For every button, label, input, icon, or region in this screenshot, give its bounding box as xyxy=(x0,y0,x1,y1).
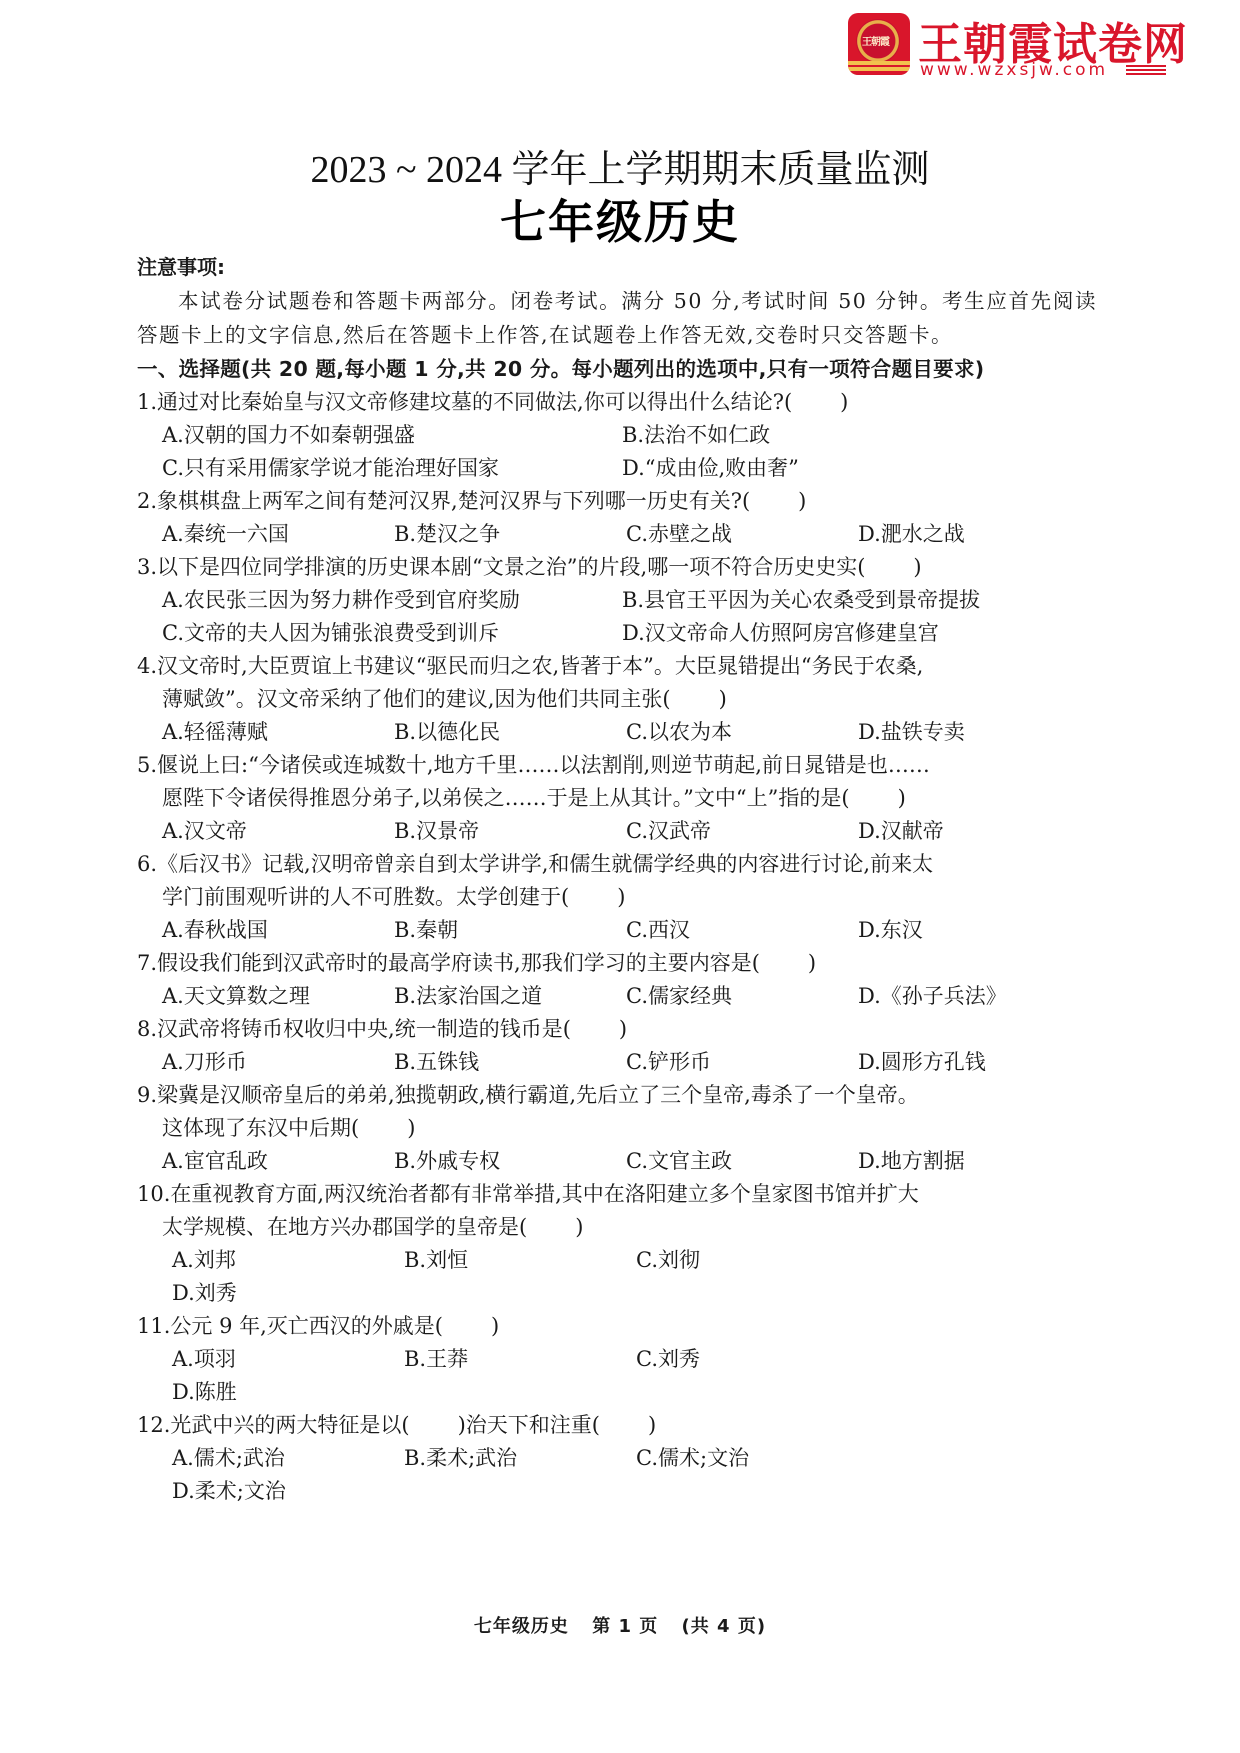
option-c: C.汉武帝 xyxy=(626,815,858,848)
question-4: 4.汉文帝时,大臣贾谊上书建议“驱民而归之农,皆著于本”。大臣晁错提出“务民于农… xyxy=(137,650,1097,749)
question-number: 9. xyxy=(137,1083,157,1107)
options-list: A.汉朝的国力不如秦朝强盛B.法治不如仁政C.只有采用儒家学说才能治理好国家D.… xyxy=(137,419,1097,485)
exam-content: 注意事项: 本试卷分试题卷和答题卡两部分。闭卷考试。满分 50 分,考试时间 5… xyxy=(137,250,1097,1508)
option-a: A.刘邦 xyxy=(172,1244,404,1277)
question-number: 12. xyxy=(137,1413,170,1437)
question-stem: 8.汉武帝将铸币权收归中央,统一制造的钱币是() xyxy=(137,1013,1097,1046)
option-b: B.法治不如仁政 xyxy=(622,419,1082,452)
question-paren-close: ) xyxy=(575,1215,583,1239)
options-list: A.轻徭薄赋B.以德化民C.以农为本D.盐铁专卖 xyxy=(137,716,1097,749)
section-heading: 一、选择题(共 20 题,每小题 1 分,共 20 分。每小题列出的选项中,只有… xyxy=(137,352,1097,386)
option-b: B.以德化民 xyxy=(394,716,626,749)
question-text: 以下是四位同学排演的历史课本剧“文景之治”的片段,哪一项不符合历史史实( xyxy=(157,555,865,579)
logo-seal-text: 王朝霞 xyxy=(862,33,889,48)
question-text-continued: 太学规模、在地方兴办郡国学的皇帝是() xyxy=(137,1211,1097,1244)
options-list: A.春秋战国B.秦朝C.西汉D.东汉 xyxy=(137,914,1097,947)
question-stem: 10.在重视教育方面,两汉统治者都有非常举措,其中在洛阳建立多个皇家图书馆并扩大… xyxy=(137,1178,1097,1244)
question-number: 5. xyxy=(137,753,157,777)
question-text-continued: 学门前围观听讲的人不可胜数。太学创建于() xyxy=(137,881,1097,914)
option-b: B.刘恒 xyxy=(404,1244,636,1277)
question-number: 3. xyxy=(137,555,157,579)
question-text: 光武中兴的两大特征是以( xyxy=(170,1413,409,1437)
option-c: C.刘彻 xyxy=(636,1244,868,1277)
question-text: 梁冀是汉顺帝皇后的弟弟,独揽朝政,横行霸道,先后立了三个皇帝,毒杀了一个皇帝。 xyxy=(157,1083,919,1107)
option-d: D.《孙子兵法》 xyxy=(858,980,1090,1013)
question-number: 11. xyxy=(137,1314,170,1338)
option-c: C.以农为本 xyxy=(626,716,858,749)
option-b: B.五铢钱 xyxy=(394,1046,626,1079)
option-b: B.秦朝 xyxy=(394,914,626,947)
option-d: D.陈胜 xyxy=(172,1376,404,1409)
question-paren-close: ) xyxy=(798,489,806,513)
question-text: 假设我们能到汉武帝时的最高学府读书,那我们学习的主要内容是( xyxy=(157,951,760,975)
option-c: C.文官主政 xyxy=(626,1145,858,1178)
option-b: B.法家治国之道 xyxy=(394,980,626,1013)
option-b: B.柔术;武治 xyxy=(404,1442,636,1475)
options-list: A.刘邦B.刘恒C.刘彻D.刘秀 xyxy=(137,1244,1097,1310)
option-d: D.东汉 xyxy=(858,914,1090,947)
option-a: A.春秋战国 xyxy=(162,914,394,947)
question-text: 《后汉书》记载,汉明帝曾亲自到太学讲学,和儒生就儒学经典的内容进行讨论,前来太 xyxy=(157,852,933,876)
option-c: C.儒家经典 xyxy=(626,980,858,1013)
question-text-line2: 这体现了东汉中后期( xyxy=(162,1116,359,1140)
question-text-continued: 这体现了东汉中后期() xyxy=(137,1112,1097,1145)
question-text: 汉文帝时,大臣贾谊上书建议“驱民而归之农,皆著于本”。大臣晁错提出“务民于农桑, xyxy=(157,654,923,678)
option-b: B.外戚专权 xyxy=(394,1145,626,1178)
question-number: 10. xyxy=(137,1182,170,1206)
question-6: 6.《后汉书》记载,汉明帝曾亲自到太学讲学,和儒生就儒学经典的内容进行讨论,前来… xyxy=(137,848,1097,947)
question-number: 1. xyxy=(137,390,157,414)
question-paren-close: ) xyxy=(898,786,906,810)
question-text-line2: 薄赋敛”。汉文帝采纳了他们的建议,因为他们共同主张( xyxy=(162,687,671,711)
option-d: D.圆形方孔钱 xyxy=(858,1046,1090,1079)
option-a: A.汉朝的国力不如秦朝强盛 xyxy=(162,419,622,452)
question-stem: 6.《后汉书》记载,汉明帝曾亲自到太学讲学,和儒生就儒学经典的内容进行讨论,前来… xyxy=(137,848,1097,914)
options-list: A.宦官乱政B.外戚专权C.文官主政D.地方割据 xyxy=(137,1145,1097,1178)
question-12: 12.光武中兴的两大特征是以()治天下和注重()A.儒术;武治B.柔术;武治C.… xyxy=(137,1409,1097,1508)
question-paren-close: ) xyxy=(808,951,816,975)
option-d: D.刘秀 xyxy=(172,1277,404,1310)
question-paren-close: ) xyxy=(619,1017,627,1041)
options-list: A.刀形币B.五铢钱C.铲形币D.圆形方孔钱 xyxy=(137,1046,1097,1079)
logo-waves-icon xyxy=(1126,65,1166,77)
question-paren-close: ) xyxy=(407,1116,415,1140)
footer-page: 第 1 页 xyxy=(592,1616,658,1637)
question-3: 3.以下是四位同学排演的历史课本剧“文景之治”的片段,哪一项不符合历史史实()A… xyxy=(137,551,1097,650)
option-d: D.汉文帝命人仿照阿房宫修建皇宫 xyxy=(622,617,1082,650)
question-number: 4. xyxy=(137,654,157,678)
exam-title: 2023 ~ 2024 学年上学期期末质量监测 xyxy=(0,138,1240,193)
option-a: A.项羽 xyxy=(172,1343,404,1376)
options-list: A.儒术;武治B.柔术;武治C.儒术;文治D.柔术;文治 xyxy=(137,1442,1097,1508)
question-text: 象棋棋盘上两军之间有楚河汉界,楚河汉界与下列哪一历史有关?( xyxy=(157,489,750,513)
option-d: D.“成由俭,败由奢” xyxy=(622,452,1082,485)
option-c: C.铲形币 xyxy=(626,1046,858,1079)
options-list: A.项羽B.王莽C.刘秀D.陈胜 xyxy=(137,1343,1097,1409)
footer-total: (共 4 页) xyxy=(682,1616,767,1637)
question-list: 1.通过对比秦始皇与汉文帝修建坟墓的不同做法,你可以得出什么结论?()A.汉朝的… xyxy=(137,386,1097,1508)
options-list: A.汉文帝B.汉景帝C.汉武帝D.汉献帝 xyxy=(137,815,1097,848)
option-c: C.文帝的夫人因为铺张浪费受到训斥 xyxy=(162,617,622,650)
option-b: B.汉景帝 xyxy=(394,815,626,848)
question-number: 7. xyxy=(137,951,157,975)
question-stem: 2.象棋棋盘上两军之间有楚河汉界,楚河汉界与下列哪一历史有关?() xyxy=(137,485,1097,518)
option-c: C.西汉 xyxy=(626,914,858,947)
question-paren-close: ) xyxy=(719,687,727,711)
question-text-continued: 愿陛下令诸侯得推恩分弟子,以弟侯之……于是上从其计。”文中“上”指的是() xyxy=(137,782,1097,815)
option-b: B.楚汉之争 xyxy=(394,518,626,551)
notice-text: 本试卷分试题卷和答题卡两部分。闭卷考试。满分 50 分,考试时间 50 分钟。考… xyxy=(137,284,1097,352)
question-stem: 3.以下是四位同学排演的历史课本剧“文景之治”的片段,哪一项不符合历史史实() xyxy=(137,551,1097,584)
option-a: A.汉文帝 xyxy=(162,815,394,848)
question-text: 在重视教育方面,两汉统治者都有非常举措,其中在洛阳建立多个皇家图书馆并扩大 xyxy=(170,1182,918,1206)
question-text-line2: 愿陛下令诸侯得推恩分弟子,以弟侯之……于是上从其计。”文中“上”指的是( xyxy=(162,786,850,810)
option-c: C.只有采用儒家学说才能治理好国家 xyxy=(162,452,622,485)
logo-url: www.wzxsjw.com xyxy=(920,60,1108,80)
question-paren-close: ) xyxy=(617,885,625,909)
question-text: 汉武帝将铸币权收归中央,统一制造的钱币是( xyxy=(157,1017,571,1041)
option-d: D.盐铁专卖 xyxy=(858,716,1090,749)
question-paren-close: ) xyxy=(491,1314,499,1338)
options-list: A.农民张三因为努力耕作受到官府奖励B.县官王平因为关心农桑受到景帝提拔C.文帝… xyxy=(137,584,1097,650)
option-c: C.赤壁之战 xyxy=(626,518,858,551)
option-a: A.天文算数之理 xyxy=(162,980,394,1013)
question-text: 公元 9 年,灭亡西汉的外戚是( xyxy=(170,1314,443,1338)
page-footer: 七年级历史 第 1 页 (共 4 页) xyxy=(0,1612,1240,1638)
option-b: B.县官王平因为关心农桑受到景帝提拔 xyxy=(622,584,1082,617)
question-text: 偃说上曰:“今诸侯或连城数十,地方千里……以法割削,则逆节萌起,前日晁错是也…… xyxy=(157,753,930,777)
question-number: 6. xyxy=(137,852,157,876)
option-d: D.汉献帝 xyxy=(858,815,1090,848)
option-c: C.刘秀 xyxy=(636,1343,868,1376)
question-stem: 4.汉文帝时,大臣贾谊上书建议“驱民而归之农,皆著于本”。大臣晁错提出“务民于农… xyxy=(137,650,1097,716)
option-a: A.秦统一六国 xyxy=(162,518,394,551)
question-text-line2: 太学规模、在地方兴办郡国学的皇帝是( xyxy=(162,1215,527,1239)
site-logo: 王朝霞 王朝霞试卷网 www.wzxsjw.com xyxy=(848,10,1188,80)
option-a: A.儒术;武治 xyxy=(172,1442,404,1475)
question-stem: 11.公元 9 年,灭亡西汉的外戚是() xyxy=(137,1310,1097,1343)
question-number: 8. xyxy=(137,1017,157,1041)
exam-subject-title: 七年级历史 xyxy=(0,186,1240,252)
question-stem: 5.偃说上曰:“今诸侯或连城数十,地方千里……以法割削,则逆节萌起,前日晁错是也… xyxy=(137,749,1097,815)
footer-subject: 七年级历史 xyxy=(474,1616,569,1637)
option-a: A.宦官乱政 xyxy=(162,1145,394,1178)
options-list: A.天文算数之理B.法家治国之道C.儒家经典D.《孙子兵法》 xyxy=(137,980,1097,1013)
question-text: 通过对比秦始皇与汉文帝修建坟墓的不同做法,你可以得出什么结论?( xyxy=(157,390,792,414)
question-5: 5.偃说上曰:“今诸侯或连城数十,地方千里……以法割削,则逆节萌起,前日晁错是也… xyxy=(137,749,1097,848)
logo-badge-icon: 王朝霞 xyxy=(848,13,910,75)
question-text-mid: )治天下和注重( xyxy=(458,1413,600,1437)
option-d: D.地方割据 xyxy=(858,1145,1090,1178)
question-text-line2: 学门前围观听讲的人不可胜数。太学创建于( xyxy=(162,885,569,909)
options-list: A.秦统一六国B.楚汉之争C.赤壁之战D.淝水之战 xyxy=(137,518,1097,551)
question-stem: 1.通过对比秦始皇与汉文帝修建坟墓的不同做法,你可以得出什么结论?() xyxy=(137,386,1097,419)
question-number: 2. xyxy=(137,489,157,513)
question-paren-close: ) xyxy=(648,1413,656,1437)
option-a: A.农民张三因为努力耕作受到官府奖励 xyxy=(162,584,622,617)
question-10: 10.在重视教育方面,两汉统治者都有非常举措,其中在洛阳建立多个皇家图书馆并扩大… xyxy=(137,1178,1097,1310)
notice-heading: 注意事项: xyxy=(137,250,1097,284)
option-a: A.轻徭薄赋 xyxy=(162,716,394,749)
question-8: 8.汉武帝将铸币权收归中央,统一制造的钱币是()A.刀形币B.五铢钱C.铲形币D… xyxy=(137,1013,1097,1079)
option-d: D.柔术;文治 xyxy=(172,1475,404,1508)
question-1: 1.通过对比秦始皇与汉文帝修建坟墓的不同做法,你可以得出什么结论?()A.汉朝的… xyxy=(137,386,1097,485)
question-2: 2.象棋棋盘上两军之间有楚河汉界,楚河汉界与下列哪一历史有关?()A.秦统一六国… xyxy=(137,485,1097,551)
question-7: 7.假设我们能到汉武帝时的最高学府读书,那我们学习的主要内容是()A.天文算数之… xyxy=(137,947,1097,1013)
option-b: B.王莽 xyxy=(404,1343,636,1376)
question-paren-close: ) xyxy=(840,390,848,414)
question-11: 11.公元 9 年,灭亡西汉的外戚是()A.项羽B.王莽C.刘秀D.陈胜 xyxy=(137,1310,1097,1409)
question-stem: 12.光武中兴的两大特征是以()治天下和注重() xyxy=(137,1409,1097,1442)
question-stem: 9.梁冀是汉顺帝皇后的弟弟,独揽朝政,横行霸道,先后立了三个皇帝,毒杀了一个皇帝… xyxy=(137,1079,1097,1145)
option-c: C.儒术;文治 xyxy=(636,1442,868,1475)
question-stem: 7.假设我们能到汉武帝时的最高学府读书,那我们学习的主要内容是() xyxy=(137,947,1097,980)
option-a: A.刀形币 xyxy=(162,1046,394,1079)
option-d: D.淝水之战 xyxy=(858,518,1090,551)
question-text-continued: 薄赋敛”。汉文帝采纳了他们的建议,因为他们共同主张() xyxy=(137,683,1097,716)
question-9: 9.梁冀是汉顺帝皇后的弟弟,独揽朝政,横行霸道,先后立了三个皇帝,毒杀了一个皇帝… xyxy=(137,1079,1097,1178)
question-paren-close: ) xyxy=(913,555,921,579)
